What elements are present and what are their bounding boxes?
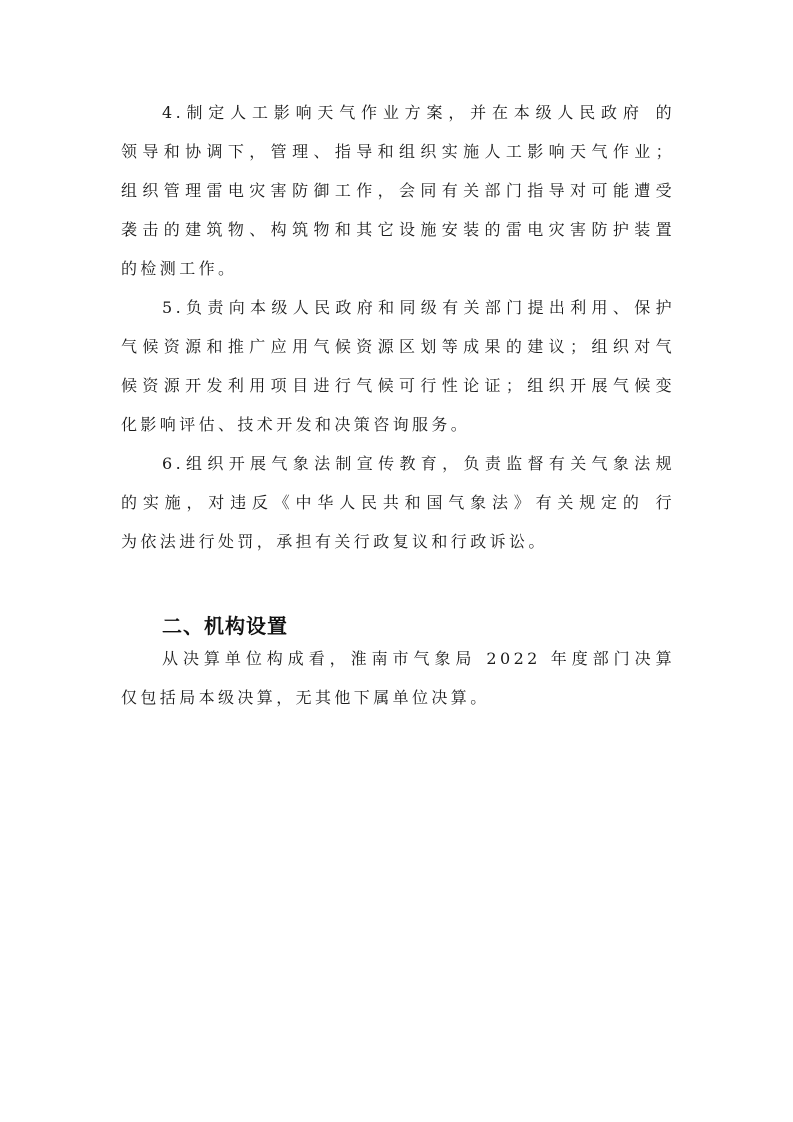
text-line: 从决算单位构成看，淮南市气象局 2022 年度部门决算 xyxy=(121,646,675,685)
text-line: 组织管理雷电灾害防御工作，会同有关部门指导对可能遭受 xyxy=(121,178,675,217)
text-line: 的检测工作。 xyxy=(121,256,675,295)
document-page: 4.制定人工影响天气作业方案，并在本级人民政府 的 领导和协调下，管理、指导和组… xyxy=(121,100,675,724)
text-line: 领导和协调下，管理、指导和组织实施人工影响天气作业； xyxy=(121,139,675,178)
text-line: 6.组织开展气象法制宣传教育，负责监督有关气象法规 xyxy=(121,451,675,490)
paragraph-item-5: 5.负责向本级人民政府和同级有关部门提出利用、保护 气候资源和推广应用气候资源区… xyxy=(121,295,675,451)
text-line: 化影响评估、技术开发和决策咨询服务。 xyxy=(121,412,675,451)
text-line: 5.负责向本级人民政府和同级有关部门提出利用、保护 xyxy=(121,295,675,334)
paragraph-item-6: 6.组织开展气象法制宣传教育，负责监督有关气象法规 的实施，对违反《中华人民共和… xyxy=(121,451,675,568)
paragraph-item-4: 4.制定人工影响天气作业方案，并在本级人民政府 的 领导和协调下，管理、指导和组… xyxy=(121,100,675,295)
section-heading: 二、机构设置 xyxy=(121,607,675,646)
text-line: 袭击的建筑物、构筑物和其它设施安装的雷电灾害防护装置 xyxy=(121,217,675,256)
text-line: 气候资源和推广应用气候资源区划等成果的建议；组织对气 xyxy=(121,334,675,373)
text-line: 仅包括局本级决算，无其他下属单位决算。 xyxy=(121,685,675,724)
text-line: 4.制定人工影响天气作业方案，并在本级人民政府 的 xyxy=(121,100,675,139)
text-line: 的实施，对违反《中华人民共和国气象法》有关规定的 行 xyxy=(121,490,675,529)
text-line: 为依法进行处罚，承担有关行政复议和行政诉讼。 xyxy=(121,529,675,568)
paragraph-org-structure: 从决算单位构成看，淮南市气象局 2022 年度部门决算 仅包括局本级决算，无其他… xyxy=(121,646,675,724)
text-line: 候资源开发利用项目进行气候可行性论证；组织开展气候变 xyxy=(121,373,675,412)
